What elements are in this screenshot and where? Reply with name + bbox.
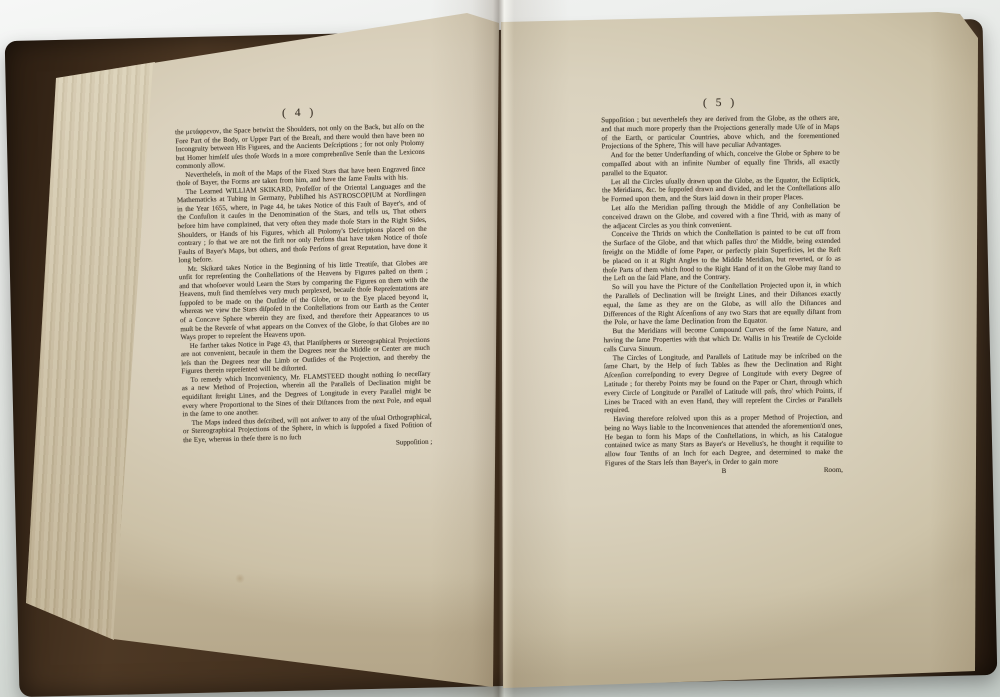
page-5-paragraph: Let all the Circles uſually drawn upon t… (602, 175, 840, 204)
signature-mark: B (722, 467, 727, 476)
page-number-5: ( 5 ) (601, 96, 839, 111)
page-4-text-block: ( 4 ) the μετάφρενον, the Space betwixt … (175, 104, 433, 455)
catchword: Suppoſition ; (396, 438, 433, 447)
page-4-paragraph: To remedy which Inconveniency, Mr. FLAMS… (181, 370, 431, 419)
page-5-paragraph: Let alſo the Meridian paſſing through th… (602, 202, 840, 231)
page-5-paragraph: Conceive the Thrids on which the Conſtel… (602, 228, 841, 283)
page-5-text-block: ( 5 ) Suppoſition ; but nevertheleſs the… (601, 96, 843, 478)
page-4-paragraph: the μετάφρενον, the Space betwixt the Sh… (175, 122, 425, 171)
page-5-paragraph: But the Meridians will become Compound C… (603, 325, 841, 354)
page-5-paragraph: And for the better Underſtanding of whic… (602, 149, 840, 178)
page-4-paragraph: Mr. Skikard takes Notice in the Beginnin… (179, 258, 430, 341)
book-photograph: ( 4 ) the μετάφρενον, the Space betwixt … (0, 0, 1000, 697)
catchword: Room, (824, 466, 843, 475)
page-5-paragraph: The Circles of Longitude, and Parallels … (604, 351, 843, 415)
page-4-paragraph: The Learned WILLIAM SKIKARD, Profeſſor o… (177, 182, 428, 265)
page-5-paragraph: So will you have the Picture of the Conſ… (603, 281, 841, 327)
page-5-paragraph: Having therefore reſolved upon this as a… (604, 413, 843, 468)
page-5-paragraph: Suppoſition ; but nevertheleſs they are … (601, 114, 839, 152)
